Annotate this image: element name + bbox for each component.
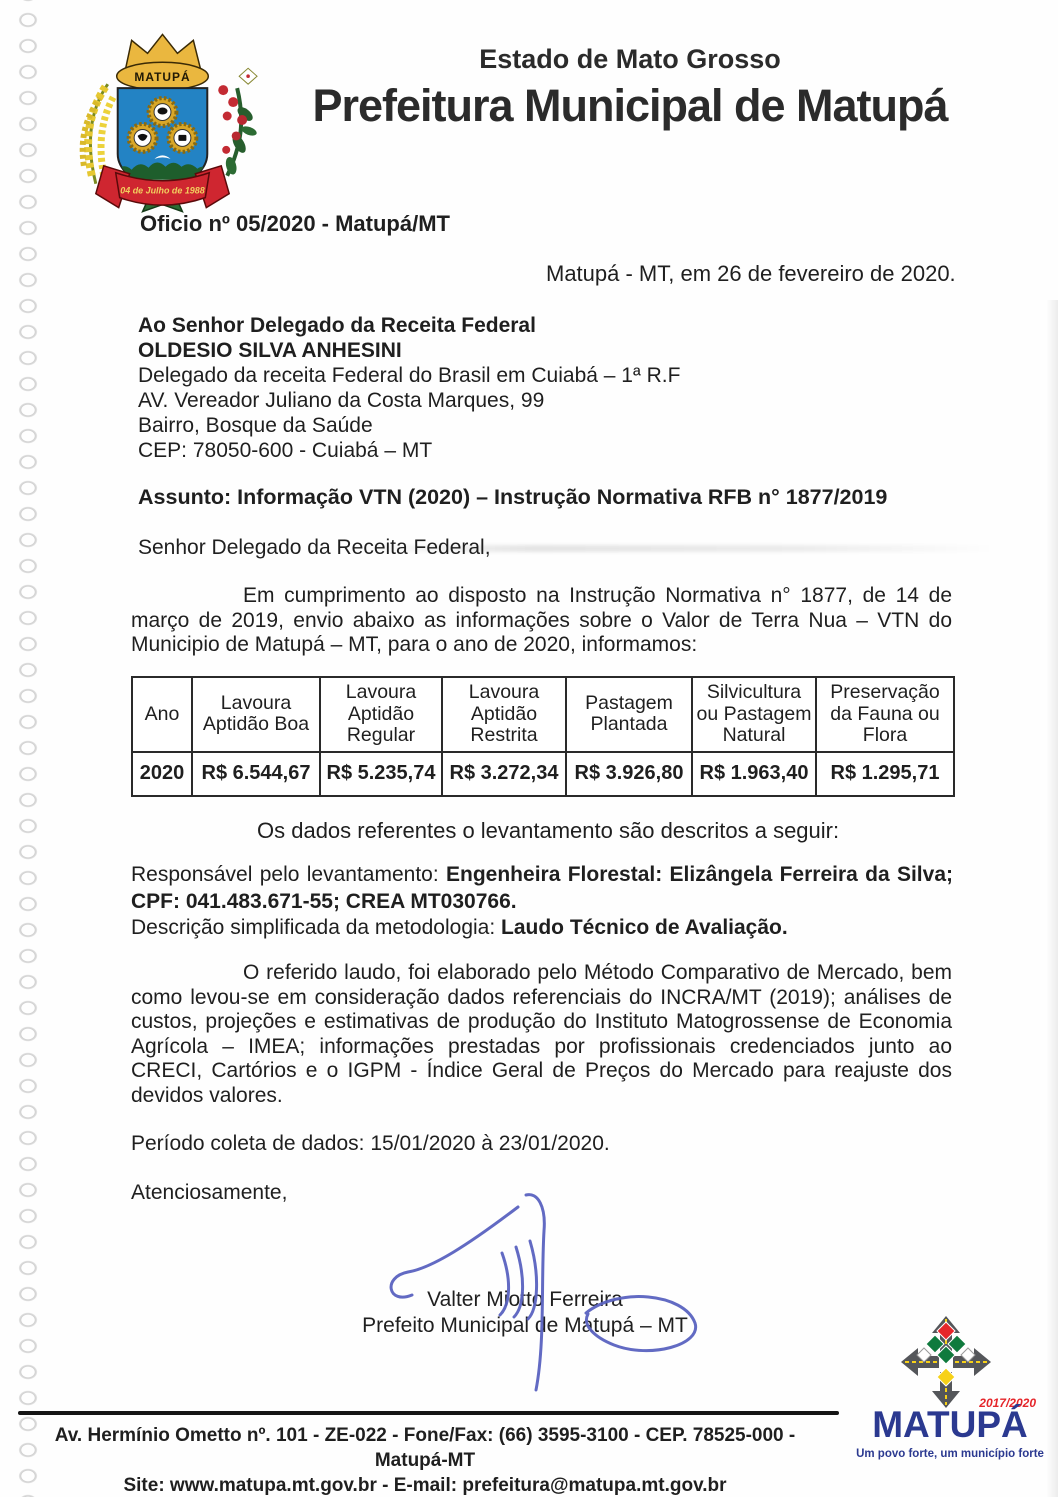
footer-contact: Site: www.matupa.mt.gov.br - E-mail: pre… [25,1473,825,1497]
vtn-table: Ano Lavoura Aptidão Boa Lavoura Aptidão … [131,676,955,797]
laudo-paragraph: O referido laudo, foi elaborado pelo Mét… [131,961,952,1108]
matupa-city-logo: 2017/2020 MATUPÁ Um povo forte, um munic… [852,1310,1048,1482]
col-lavoura-regular: Lavoura Aptidão Regular [320,677,442,752]
recipient-line: CEP: 78050-600 - Cuiabá – MT [138,438,680,463]
footer-text-block: Av. Hermínio Ometto nº. 101 - ZE-022 - F… [25,1423,825,1497]
methodology-line: Descrição simplificada da metodologia: L… [131,915,953,942]
cell-pastagem-plantada: R$ 3.926,80 [566,752,692,796]
cell-silvicultura: R$ 1.963,40 [692,752,816,796]
responsible-block: Responsável pelo levantamento: Engenheir… [131,862,953,942]
oficio-number: Oficio nº 05/2020 - Matupá/MT [140,211,450,237]
table-followup-line: Os dados referentes o levantamento são d… [257,818,839,844]
matupa-coat-of-arms-icon: MATUPÁ 04 de Julho de 1 [56,26,270,214]
footer-address: Av. Hermínio Ometto nº. 101 - ZE-022 - F… [25,1423,825,1473]
methodology-value: Laudo Técnico de Avaliação. [501,916,788,939]
col-lavoura-restrita: Lavoura Aptidão Restrita [442,677,566,752]
intro-paragraph: Em cumprimento ao disposto na Instrução … [131,584,952,658]
crest-banner-text: MATUPÁ [134,69,190,84]
recipient-line: Bairro, Bosque da Saúde [138,413,680,438]
col-lavoura-boa: Lavoura Aptidão Boa [192,677,320,752]
logo-name: MATUPÁ [852,1404,1048,1446]
signer-name: Valter Miotto Ferreira [290,1287,760,1313]
signer-role: Prefeito Municipal de Matupá – MT [290,1313,760,1339]
scanned-document-page: MATUPÁ 04 de Julho de 1 [0,0,1058,1497]
cell-lavoura-boa: R$ 6.544,67 [192,752,320,796]
recipient-line: AV. Vereador Juliano da Costa Marques, 9… [138,388,680,413]
logo-tagline: Um povo forte, um município forte [852,1448,1048,1460]
cell-preservacao: R$ 1.295,71 [816,752,954,796]
col-preservacao: Preservação da Fauna ou Flora [816,677,954,752]
collection-period: Período coleta de dados: 15/01/2020 à 23… [131,1132,610,1156]
header-state-line: Estado de Mato Grosso [250,44,1010,75]
page-title: Prefeitura Municipal de Matupá [250,80,1010,132]
cell-lavoura-restrita: R$ 3.272,34 [442,752,566,796]
subject-line: Assunto: Informação VTN (2020) – Instruç… [138,485,887,510]
crest-ribbon-text: 04 de Julho de 1988 [120,186,204,196]
signature-block: Valter Miotto Ferreira Prefeito Municipa… [290,1287,760,1339]
col-silvicultura: Silvicultura ou Pastagem Natural [692,677,816,752]
cell-ano: 2020 [132,752,192,796]
recipient-line: Delegado da receita Federal do Brasil em… [138,363,680,388]
methodology-prefix: Descrição simplificada da metodologia: [131,916,501,939]
col-ano: Ano [132,677,192,752]
city-logo-emblem-icon [900,1316,992,1408]
vtn-table-container: Ano Lavoura Aptidão Boa Lavoura Aptidão … [131,676,955,797]
spiral-binding-holes [6,0,50,1497]
dateline: Matupá - MT, em 26 de fevereiro de 2020. [546,261,956,287]
recipient-line: Ao Senhor Delegado da Receita Federal [138,313,680,338]
responsible-prefix: Responsável pelo levantamento: [131,863,446,886]
responsible-paragraph: Responsável pelo levantamento: Engenheir… [131,862,953,915]
recipient-name: OLDESIO SILVA ANHESINI [138,338,680,363]
cell-lavoura-regular: R$ 5.235,74 [320,752,442,796]
table-row: 2020 R$ 6.544,67 R$ 5.235,74 R$ 3.272,34… [132,752,954,796]
closing-line: Atenciosamente, [131,1181,287,1205]
table-header-row: Ano Lavoura Aptidão Boa Lavoura Aptidão … [132,677,954,752]
salutation: Senhor Delegado da Receita Federal, [138,536,491,560]
col-pastagem-plantada: Pastagem Plantada [566,677,692,752]
recipient-block: Ao Senhor Delegado da Receita Federal OL… [138,313,680,463]
footer-rule [18,1411,839,1415]
